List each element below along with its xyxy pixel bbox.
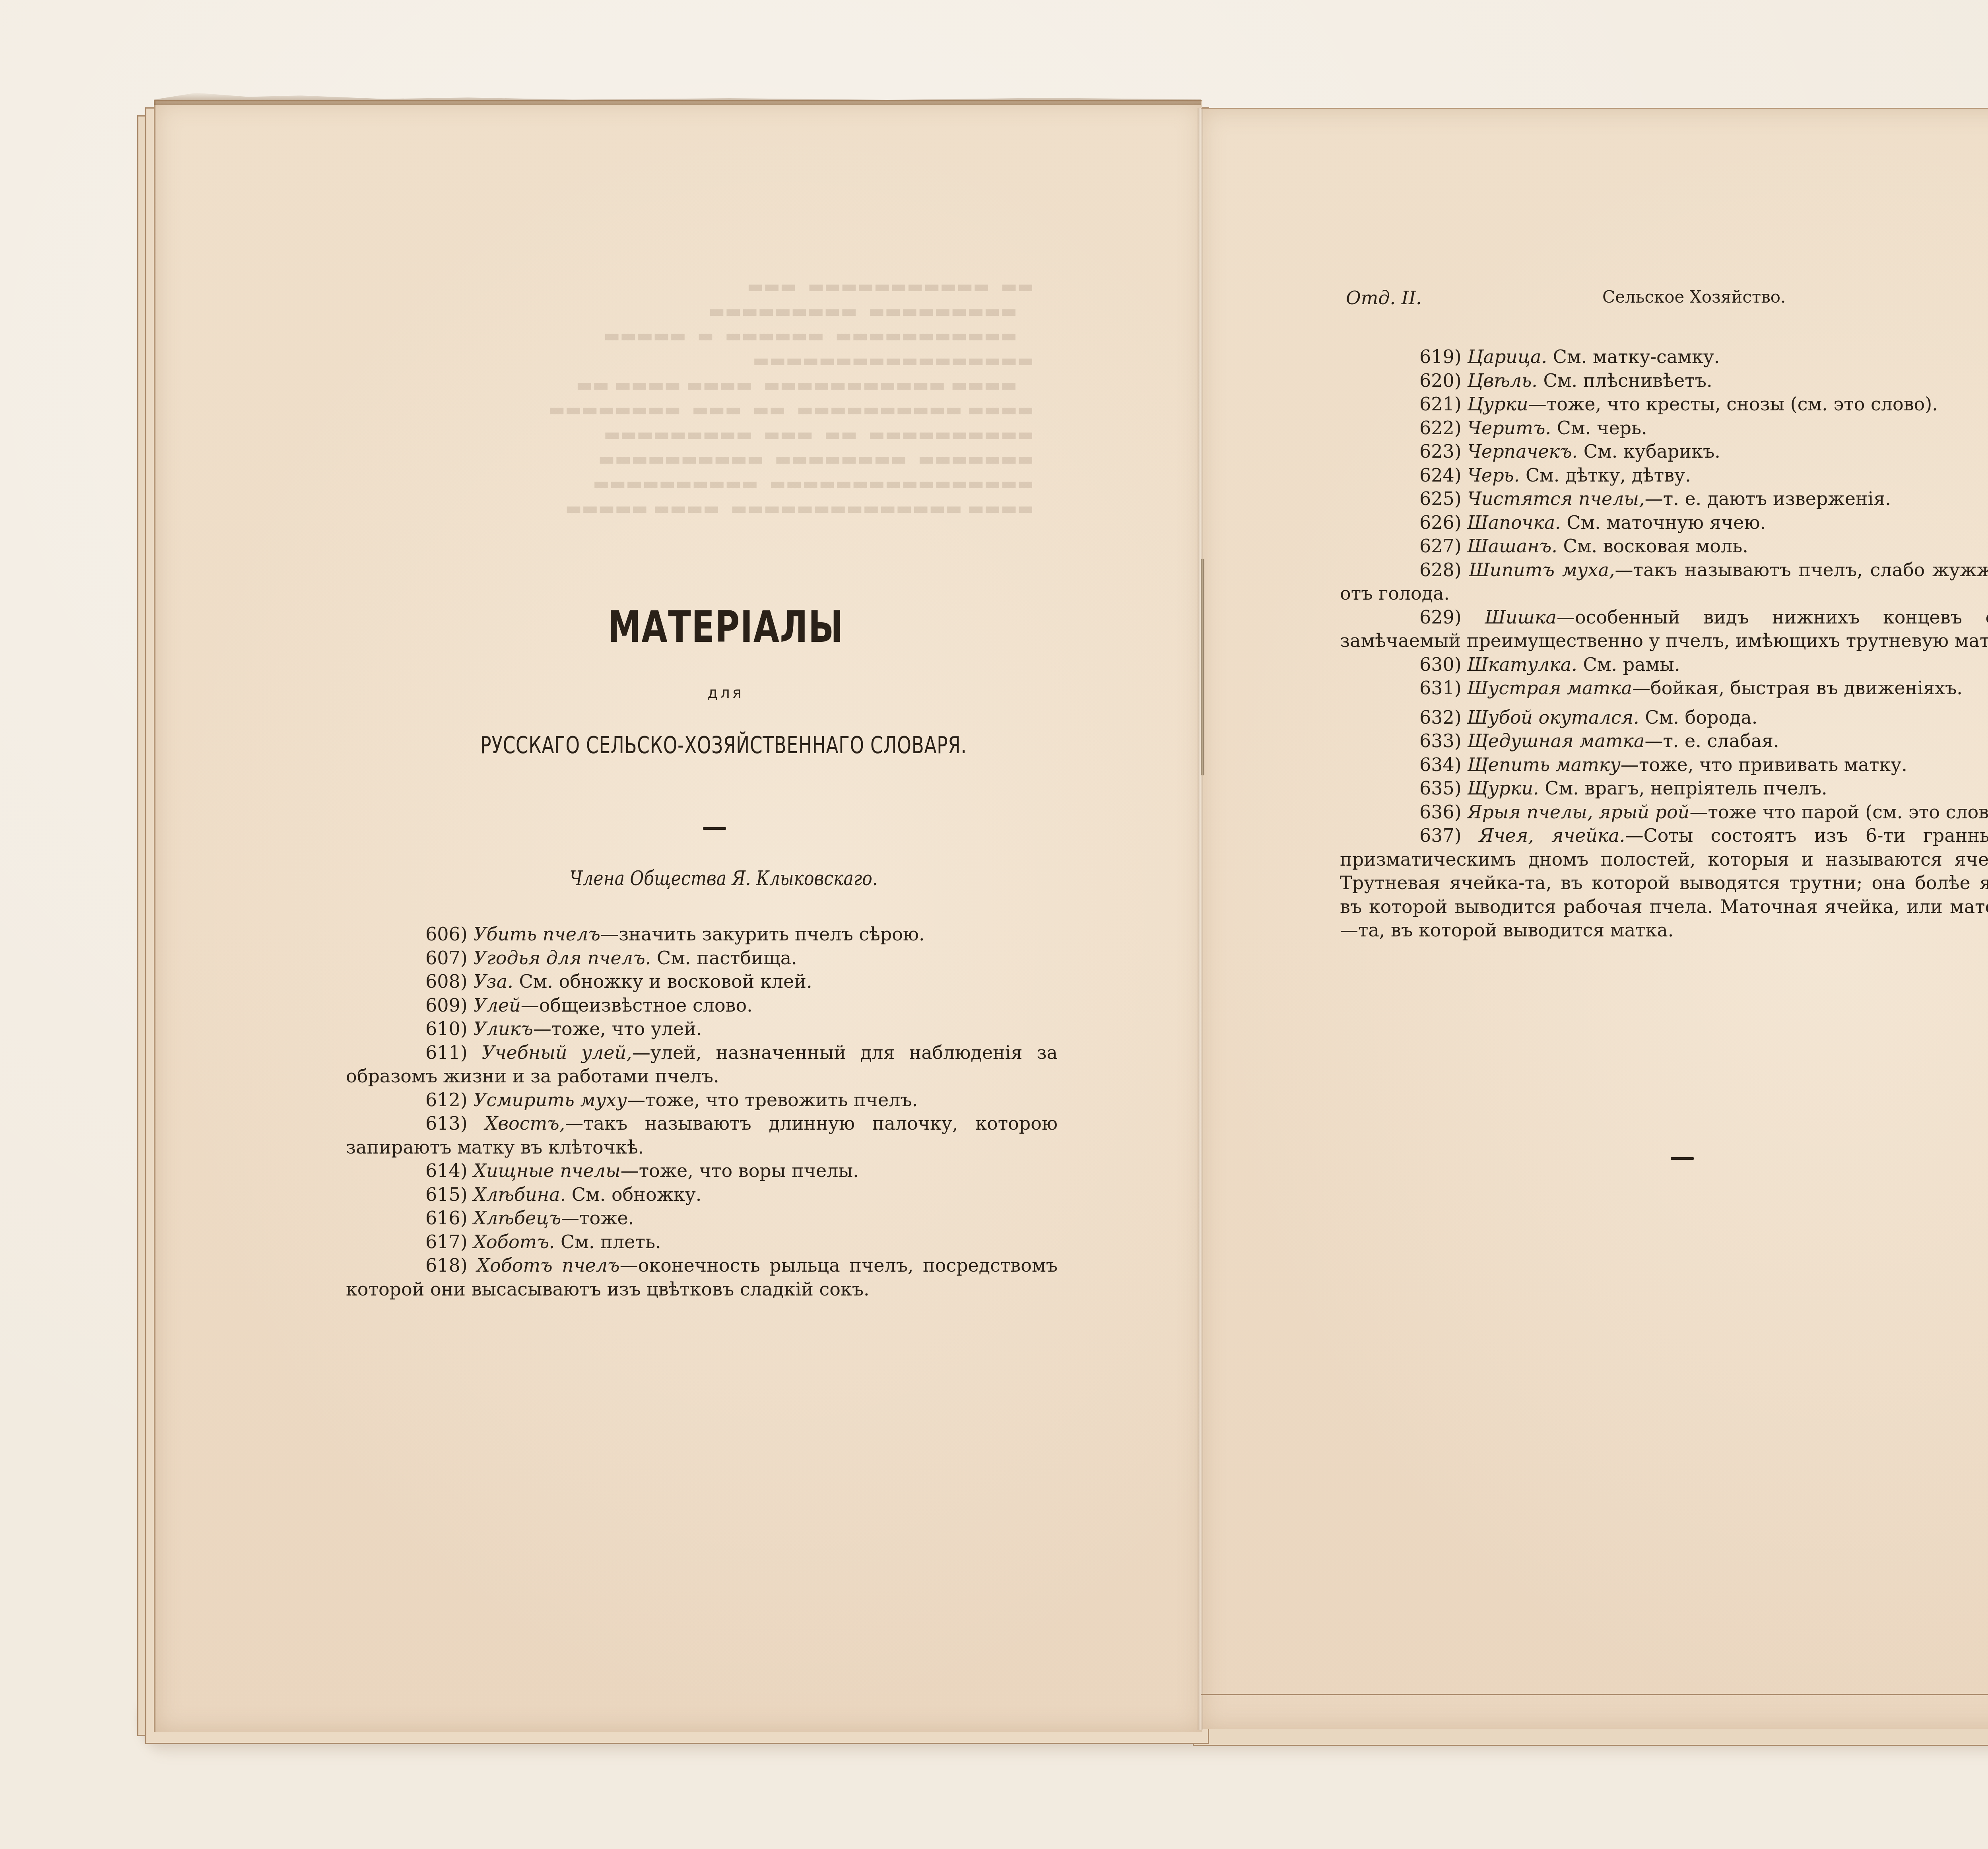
- dictionary-entry: 615) Хлѣбина. См. обножку.: [346, 1183, 1058, 1207]
- running-head-title: Сельское Хозяйство.: [1602, 287, 1786, 307]
- dictionary-entry: 626) Шапочка. См. маточную ячею.: [1340, 511, 1988, 535]
- dictionary-entry: 612) Усмирить муху—тоже, что тревожить п…: [346, 1088, 1058, 1112]
- running-head-section: Отд. II.: [1346, 287, 1422, 309]
- dictionary-entry: 619) Царица. См. матку-самку.: [1340, 345, 1988, 369]
- dictionary-entry: 631) Шустрая матка—бойкая, быстрая въ дв…: [1340, 676, 1988, 700]
- dictionary-entry: 634) Щепить матку—тоже, что прививать ма…: [1340, 753, 1988, 777]
- dictionary-entry: 614) Хищные пчелы—тоже, что воры пчелы.: [346, 1159, 1058, 1183]
- dictionary-entry: 621) Цурки—тоже, что кресты, снозы (см. …: [1340, 392, 1988, 416]
- dictionary-entry: 632) Шубой окутался. См. борода.: [1340, 706, 1988, 730]
- dictionary-entry: 610) Уликъ—тоже, что улей.: [346, 1017, 1058, 1041]
- dictionary-entry: 618) Хоботъ пчелъ—оконечность рыльца пче…: [346, 1254, 1058, 1301]
- dictionary-entry: 607) Угодья для пчелъ. См. пастбища.: [346, 946, 1058, 970]
- page-subtitle: РУССКАГО СЕЛЬСКО-ХОЗЯЙСТВЕННАГО СЛОВАРЯ.: [414, 732, 1034, 759]
- dictionary-entry: 625) Чистятся пчелы,—т. е. даютъ изверже…: [1340, 487, 1988, 511]
- dictionary-entry: 624) Черь. См. дѣтку, дѣтву.: [1340, 464, 1988, 487]
- dictionary-entry: 623) Черпачекъ. См. кубарикъ.: [1340, 440, 1988, 464]
- binding-thread: [1201, 559, 1204, 775]
- title-separator: [703, 827, 726, 830]
- dictionary-entry: 636) Ярыя пчелы, ярый рой—тоже что парой…: [1340, 800, 1988, 824]
- dictionary-entry: 628) Шипитъ муха,—такъ называютъ пчелъ, …: [1340, 558, 1988, 606]
- dictionary-entries-left: 606) Убить пчелъ—значить закурить пчелъ …: [346, 923, 1058, 1301]
- dictionary-entry: 629) Шишка—особенный видъ нижнихъ концев…: [1340, 606, 1988, 653]
- dictionary-entry: 637) Ячея, ячейка.—Соты состоятъ изъ 6-т…: [1340, 824, 1988, 942]
- page-edge-line-bottom: [1201, 1694, 1988, 1695]
- dictionary-entry: 616) Хлѣбецъ—тоже.: [346, 1206, 1058, 1230]
- dictionary-entry: 627) Шашанъ. См. восковая моль.: [1340, 534, 1988, 558]
- book-gutter: [1198, 108, 1203, 1730]
- dictionary-entry: 617) Хоботъ. См. плеть.: [346, 1230, 1058, 1254]
- dictionary-entry: 608) Уза. См. обножку и восковой клей.: [346, 970, 1058, 994]
- dictionary-entry: 609) Улей—общеизвѣстное слово.: [346, 994, 1058, 1018]
- dictionary-entry: 630) Шкатулка. См. рамы.: [1340, 653, 1988, 677]
- dictionary-entry: 620) Цвѣль. См. плѣснивѣетъ.: [1340, 369, 1988, 393]
- left-page: [154, 100, 1202, 1732]
- end-mark: [1671, 1157, 1694, 1160]
- dictionary-entry: 611) Учебный улей,—улей, назначенный для…: [346, 1041, 1058, 1088]
- page-title: МАТЕРІАЛЫ: [547, 602, 904, 652]
- dictionary-entry: 622) Черитъ. См. черь.: [1340, 416, 1988, 440]
- title-preposition: для: [636, 684, 815, 701]
- dictionary-entry: 606) Убить пчелъ—значить закурить пчелъ …: [346, 923, 1058, 946]
- dictionary-entry: 633) Щедушная матка—т. е. слабая.: [1340, 729, 1988, 753]
- dictionary-entries-right: 619) Царица. См. матку-самку. 620) Цвѣль…: [1340, 345, 1988, 942]
- dictionary-entry: 613) Хвостъ,—такъ называютъ длинную пало…: [346, 1112, 1058, 1159]
- dictionary-entry: 635) Щурки. См. врагъ, непріятель пчелъ.: [1340, 777, 1988, 800]
- author-line: Члена Общества Я. Клыковскаго.: [413, 867, 1035, 890]
